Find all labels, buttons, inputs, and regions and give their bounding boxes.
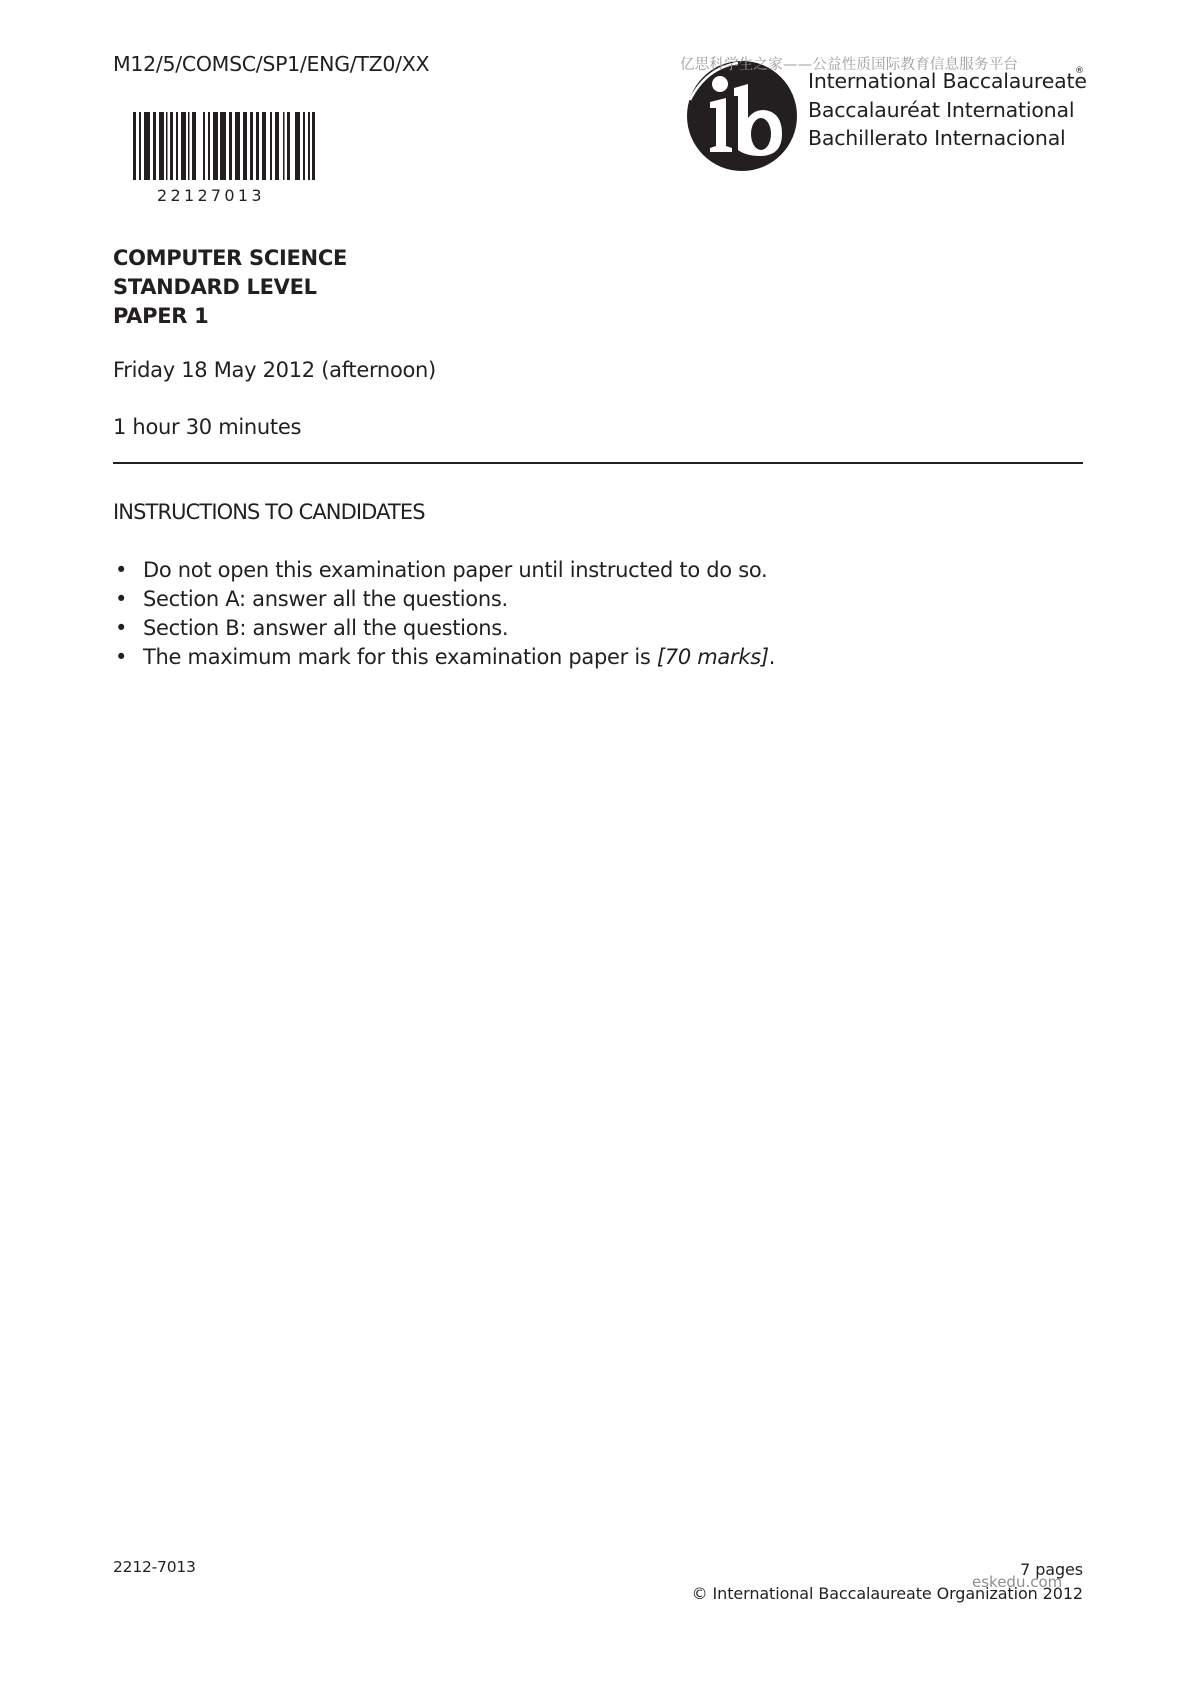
horizontal-divider [113, 462, 1083, 464]
instruction-text: Do not open this examination paper until… [143, 558, 767, 582]
instruction-item: • Section B: answer all the questions. [113, 614, 775, 643]
marks-emphasis: [70 marks] [657, 645, 769, 669]
level-line: STANDARD LEVEL [113, 273, 347, 302]
exam-date: Friday 18 May 2012 (afternoon) [113, 358, 436, 382]
instruction-text: Section A: answer all the questions. [143, 587, 508, 611]
organization-names: International Baccalaureate Baccalauréat… [808, 67, 1087, 153]
registered-mark: ® [1075, 66, 1084, 76]
instruction-item: • The maximum mark for this examination … [113, 643, 775, 672]
barcode-number: 22127013 [157, 186, 265, 205]
organization-name-en: International Baccalaureate [808, 67, 1087, 96]
ib-logo-icon [686, 60, 798, 172]
exam-duration: 1 hour 30 minutes [113, 415, 301, 439]
instructions-list: • Do not open this examination paper unt… [113, 556, 775, 672]
subject-heading: COMPUTER SCIENCE STANDARD LEVEL PAPER 1 [113, 244, 347, 331]
instruction-suffix: . [769, 645, 775, 669]
paper-code: M12/5/COMSC/SP1/ENG/TZ0/XX [113, 52, 429, 76]
subject-line: COMPUTER SCIENCE [113, 244, 347, 273]
footer-watermark: eskedu.com [972, 1573, 1062, 1591]
organization-name-fr: Baccalauréat International [808, 96, 1087, 125]
bullet-icon: • [115, 585, 127, 614]
instruction-text: The maximum mark for this examination pa… [143, 645, 657, 669]
organization-name-es: Bachillerato Internacional [808, 124, 1087, 153]
barcode-icon [133, 112, 315, 180]
instructions-title: INSTRUCTIONS TO CANDIDATES [113, 500, 425, 524]
bullet-icon: • [115, 614, 127, 643]
footer-code: 2212-7013 [113, 1558, 196, 1576]
bullet-icon: • [115, 556, 127, 585]
paper-line: PAPER 1 [113, 302, 347, 331]
bullet-icon: • [115, 643, 127, 672]
instruction-item: • Do not open this examination paper unt… [113, 556, 775, 585]
instruction-text: Section B: answer all the questions. [143, 616, 508, 640]
instruction-item: • Section A: answer all the questions. [113, 585, 775, 614]
